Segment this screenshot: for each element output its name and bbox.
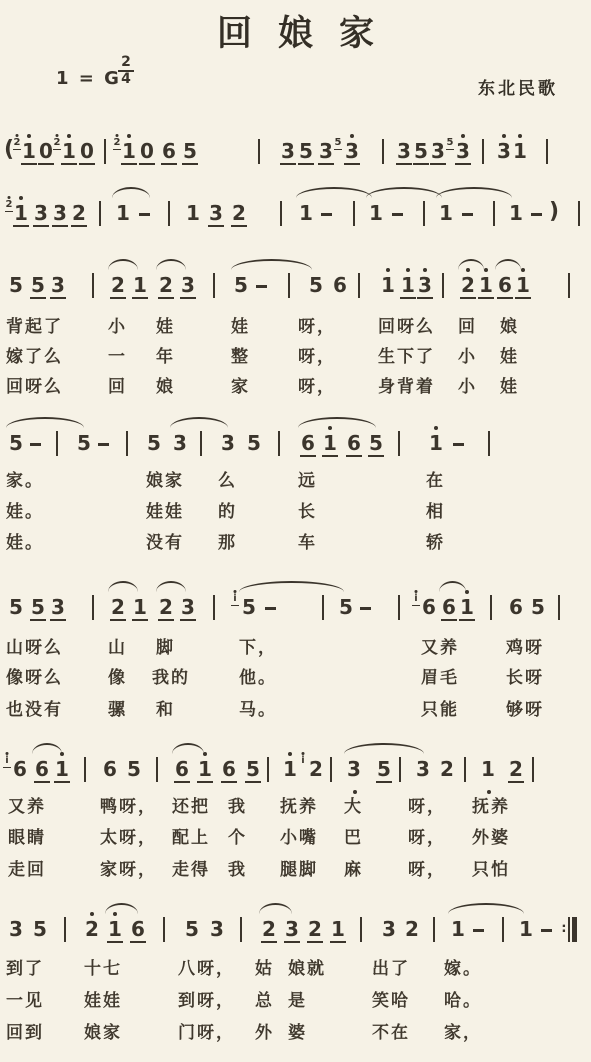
lyric-chunk: 抚养 [472,792,510,817]
note: 3 [220,432,236,454]
lyric-chunk: 嫁了么 [6,342,63,367]
note: 5 [76,432,92,454]
barline [353,201,355,226]
note: 1 [515,274,531,299]
note: 6 [300,432,316,457]
lyric-chunk: 回呀么 [378,312,435,337]
time-signature-numerator: 2 [118,56,134,69]
lyric-chunk: 呀， [408,823,446,848]
note: 2 [460,274,476,299]
note: 3 [430,140,446,165]
note: 3 [417,274,433,299]
note: 1 [61,140,77,165]
note: 1 [518,918,534,940]
lyric-chunk: 婆 [288,1018,307,1043]
duration-dash [30,443,41,446]
lyric-chunk: 像呀么 [6,663,63,688]
lyric-chunk: 家呀， [100,855,157,880]
slur [344,743,424,754]
lyric-chunk: 十七 [84,954,122,979]
note: 2 [110,274,126,299]
barline [558,595,560,620]
barline [360,917,362,942]
song-attribution: 东北民歌 [478,74,558,99]
lyric-chunk: 总 [255,986,274,1011]
barline [578,201,580,226]
barline [502,917,504,942]
note: 3 [396,140,412,165]
barline [532,757,534,782]
barline [92,595,94,620]
repeat-dots: ∶ [562,923,566,936]
lyric-chunk: 远 [298,466,317,491]
note: 5 [530,596,546,618]
note: 1 [478,274,494,299]
note: 5 [376,758,392,783]
lyric-chunk: 眉毛 [421,663,459,688]
barline [92,273,94,298]
note: 5 [8,596,24,618]
lyric-chunk: 呀， [298,372,336,397]
note: 1 [322,432,338,457]
lyric-chunk: 小 [458,372,477,397]
lyric-chunk: 在 [426,466,445,491]
note: 5 [182,140,198,165]
note: 3 [209,918,225,940]
lyric-chunk: 身背着 [378,372,435,397]
lyric-chunk: 娘 [156,372,175,397]
note: 0 [139,140,155,165]
note: 1 [438,202,454,224]
note: 5 [126,758,142,780]
note: 3 [496,140,512,162]
note: 5 [30,274,46,299]
grace-note: i [231,594,239,606]
lyric-chunk: 也没有 [6,695,63,720]
lyric-chunk: 鸭呀， [100,792,157,817]
note: 2 [158,596,174,621]
barline [168,201,170,226]
note: 6 [497,274,513,299]
lyric-chunk: 走回 [8,855,46,880]
slur [448,903,524,914]
barline [488,431,490,456]
lyric-chunk: 回到 [6,1018,44,1043]
slur [259,903,292,914]
barline [546,139,548,164]
note: 5 [233,274,249,296]
note: 6 [102,758,118,780]
barline [156,757,158,782]
barline [99,201,101,226]
note: 2 [508,758,524,783]
note: 5 [308,274,324,296]
barline [358,273,360,298]
note: 6 [174,758,190,783]
lyric-chunk: 山呀么 [6,633,63,658]
note: 5 [8,432,24,454]
lyric-chunk: 娘就 [288,954,326,979]
key-signature: 1 = G [56,68,121,89]
lyric-chunk: 又养 [8,792,46,817]
note: 5 [32,918,48,940]
lyric-chunk: 那 [218,528,237,553]
note: 1 [21,140,37,165]
note: 1 [115,202,131,224]
note: 6 [346,432,362,457]
final-barline [572,917,577,942]
lyric-chunk: 腿脚 [280,855,318,880]
lyric-chunk: 家 [231,372,250,397]
lyric-chunk: 小 [108,312,127,337]
slur [32,743,62,754]
note: 1 [197,758,213,783]
lyric-chunk: 和 [156,695,175,720]
note: 1 [512,140,528,162]
note: 2 [231,202,247,227]
barline [267,757,269,782]
lyric-chunk: 山 [108,633,127,658]
lyric-chunk: 大 [344,792,363,817]
lyric-chunk: 下， [239,633,277,658]
note: 3 [455,140,471,165]
lyric-chunk: 脚 [156,633,175,658]
lyric-chunk: 呀， [298,342,336,367]
note: 1 [330,918,346,943]
lyric-chunk: 我的 [152,663,190,688]
duration-dash [321,213,332,216]
lyric-chunk: 娃娃 [146,497,184,522]
barline [200,431,202,456]
lyric-chunk: 娃。 [6,528,44,553]
slur [366,187,442,198]
grace-note: 2 [5,200,13,212]
barline [213,273,215,298]
note: 6 [34,758,50,783]
duration-dash [256,285,267,288]
barline [398,595,400,620]
lyric-chunk: 的 [218,497,237,522]
note: 3 [172,432,188,454]
slur [170,417,228,428]
lyric-chunk: 麻 [344,855,363,880]
duration-dash [392,213,403,216]
lyric-chunk: 家， [444,1018,482,1043]
lyric-chunk: 抚养 [280,792,318,817]
lyric-chunk: 没有 [146,528,184,553]
note: 6 [130,918,146,943]
lyric-chunk: 呀， [408,855,446,880]
note: 1 [282,758,298,780]
barline [104,139,106,164]
lyric-chunk: 外婆 [472,823,510,848]
note: 3 [180,274,196,299]
lyric-chunk: 娃 [500,342,519,367]
lyric-chunk: 背起了 [6,312,63,337]
note: 6 [421,596,437,618]
slur [105,903,138,914]
note: 3 [50,596,66,621]
slur [296,187,372,198]
lyric-chunk: 长 [298,497,317,522]
note: 3 [381,918,397,940]
note: 5 [246,432,262,454]
grace-note: 5 [334,138,342,150]
lyric-chunk: 是 [288,986,307,1011]
barline [442,273,444,298]
slur [495,259,521,270]
barline [330,757,332,782]
repeat-end-barline: ∶ [562,917,577,942]
lyric-chunk: 车 [298,528,317,553]
slur [436,187,512,198]
slur [112,187,150,198]
note: 3 [284,918,300,943]
note: 1 [107,918,123,943]
note: 1 [132,596,148,621]
barline [213,595,215,620]
note: 1 [508,202,524,224]
lyric-chunk: 娘 [500,312,519,337]
barline [482,139,484,164]
lyric-chunk: 外 [255,1018,274,1043]
lyric-chunk: 眼睛 [8,823,46,848]
barline [398,431,400,456]
song-title: 回娘家 [0,6,591,56]
barline [423,201,425,226]
lyric-chunk: 马。 [239,695,277,720]
duration-dash [139,213,150,216]
barline [240,917,242,942]
lyric-chunk: 鸡呀 [506,633,544,658]
duration-dash [462,213,473,216]
barline [84,757,86,782]
barline [490,595,492,620]
note: 1 [368,202,384,224]
slur [439,581,466,592]
lyric-chunk: 生下了 [378,342,435,367]
barline [382,139,384,164]
slur [156,581,186,592]
lyric-chunk: 只怕 [472,855,510,880]
lyric-chunk: 姑 [255,954,274,979]
note: 5 [30,596,46,621]
note: 5 [241,596,257,618]
lyric-chunk: 小嘴 [280,823,318,848]
barline [126,431,128,456]
note: 2 [404,918,420,940]
lyric-chunk: 娘家 [84,1018,122,1043]
lyric-chunk: 回呀么 [6,372,63,397]
lyric-chunk: 只能 [421,695,459,720]
note: 2 [84,918,100,940]
sheet-music-page: 回娘家 1 = G 2 4 东北民歌 (21021021065353533535… [0,0,591,1062]
note: 1 [380,274,396,296]
note: 1 [185,202,201,224]
lyric-chunk: 小 [458,342,477,367]
lyric-chunk: 又养 [421,633,459,658]
lyric-chunk: 娃。 [6,497,44,522]
note: 3 [318,140,334,165]
lyric-chunk: 巴 [344,823,363,848]
duration-dash [473,929,484,932]
note: 2 [110,596,126,621]
note: 6 [332,274,348,296]
lyric-chunk: 到呀， [178,986,235,1011]
grace-note: i [299,756,307,766]
duration-dash [531,213,542,216]
lyric-chunk: 还把 [172,792,210,817]
thin-barline [568,917,570,942]
note: 5 [298,140,314,165]
grace-note: 2 [113,138,121,150]
note: 3 [280,140,296,165]
lyric-chunk: 个 [228,823,247,848]
duration-dash [98,443,109,446]
lyric-chunk: 呀， [298,312,336,337]
lyric-chunk: 整 [231,342,250,367]
barline [258,139,260,164]
note: 1 [13,202,29,227]
slur [172,743,204,754]
note: 1 [450,918,466,940]
note: 5 [8,274,24,296]
grace-note: 5 [446,138,454,150]
note: 1 [298,202,314,224]
barline [288,273,290,298]
note: 3 [52,202,68,227]
barline [568,273,570,298]
lyric-chunk: 回 [458,312,477,337]
slur [231,259,312,270]
note: 5 [413,140,429,165]
lyric-chunk: 娃 [156,312,175,337]
duration-dash [265,607,276,610]
lyric-chunk: 我 [228,792,247,817]
lyric-chunk: 到了 [6,954,44,979]
lyric-chunk: 八呀， [178,954,235,979]
duration-dash [541,929,552,932]
lyric-chunk: 太呀， [100,823,157,848]
note: 3 [415,758,431,780]
lyric-chunk: 年 [156,342,175,367]
note: 0 [38,140,54,165]
note: 6 [221,758,237,783]
barline [493,201,495,226]
lyric-chunk: 娃娃 [84,986,122,1011]
note: 3 [344,140,360,165]
lyric-chunk: 家。 [6,466,44,491]
slur [108,581,138,592]
lyric-chunk: 他。 [239,663,277,688]
note: 5 [338,596,354,618]
barline [278,431,280,456]
note: 1 [459,596,475,621]
barline [322,595,324,620]
note: 1 [121,140,137,165]
lyric-chunk: 笑哈 [372,986,410,1011]
lyric-chunk: 不在 [372,1018,410,1043]
note: 6 [161,140,177,165]
note: 6 [12,758,28,780]
duration-dash [453,443,464,446]
barline [280,201,282,226]
grace-note: 2 [13,138,21,150]
note: 3 [33,202,49,227]
slur [6,417,84,428]
lyric-chunk: 么 [218,466,237,491]
note: 5 [184,918,200,940]
note: 2 [308,758,324,780]
slur [298,417,376,428]
note: 3 [50,274,66,299]
lyric-chunk: 一见 [6,986,44,1011]
note: 5 [146,432,162,454]
note: 6 [508,596,524,618]
time-signature: 2 4 [118,56,134,86]
lyric-chunk: 相 [426,497,445,522]
grace-note: i [3,756,11,768]
note: 2 [158,274,174,299]
barline [464,757,466,782]
lyric-chunk: 嫁。 [444,954,482,979]
barline [433,917,435,942]
note: 0 [79,140,95,165]
slur [458,259,484,270]
note: 5 [368,432,384,457]
lyric-chunk: 骡 [108,695,127,720]
lyric-chunk: 哈。 [444,986,482,1011]
note: 2 [71,202,87,227]
barline [163,917,165,942]
barline [64,917,66,942]
barline [399,757,401,782]
note: 1 [132,274,148,299]
note: 1 [428,432,444,454]
lyric-chunk: 门呀， [178,1018,235,1043]
lyric-chunk: 娃 [231,312,250,337]
barline [56,431,58,456]
slur [156,259,186,270]
note: 1 [400,274,416,299]
note: 2 [261,918,277,943]
slur [108,259,138,270]
lyric-chunk: 像 [108,663,127,688]
lyric-chunk: 娘家 [146,466,184,491]
note: 3 [180,596,196,621]
lyric-chunk: 娃 [500,372,519,397]
lyric-chunk: 回 [108,372,127,397]
lyric-chunk: 配上 [172,823,210,848]
note: 5 [245,758,261,783]
note: 1 [54,758,70,783]
note: 2 [307,918,323,943]
note: 3 [8,918,24,940]
lyric-chunk: 出了 [372,954,410,979]
lyric-chunk: 走得 [172,855,210,880]
grace-note: i [412,594,420,606]
lyric-chunk: 够呀 [506,695,544,720]
lyric-chunk: 我 [228,855,247,880]
time-signature-denominator: 4 [118,73,134,86]
note: 2 [439,758,455,780]
grace-note: 2 [53,138,61,150]
note: 6 [441,596,457,621]
lyric-chunk: 轿 [426,528,445,553]
phrase-parenthesis: ) [549,200,559,224]
slur [239,581,344,592]
lyric-chunk: 一 [108,342,127,367]
